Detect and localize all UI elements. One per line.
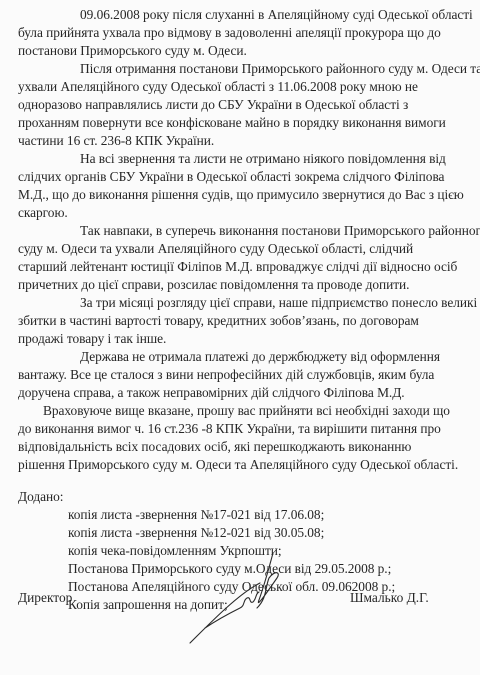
handwritten-signature-icon (185, 548, 295, 648)
document-line: причетних до цієї справи, розсилає повід… (18, 277, 409, 293)
document-line: Так навпаки, в суперечь виконання постан… (80, 223, 480, 239)
document-line: копія листа -звернення №17-021 від 17.06… (68, 507, 324, 523)
document-line: За три місяці розгляду цієї справи, наше… (80, 295, 477, 311)
document-line: Після отримання постанови Приморського р… (80, 61, 480, 77)
document-line: На всі звернення та листи не отримано ні… (80, 151, 446, 167)
document-line: до виконання вимог ч. 16 ст.236 -8 КПК У… (18, 421, 441, 437)
document-line: була прийнята ухвала про відмову в задов… (18, 25, 441, 41)
document-line: Враховуюче вище вказане, прошу вас прийн… (43, 403, 450, 419)
document-line: ухвали Апеляційного суду Одеської област… (18, 79, 418, 95)
document-line: збитки в частині вартості товару, кредит… (18, 313, 419, 329)
document-line: 09.06.2008 року після слуханні в Апеляці… (80, 7, 473, 23)
document-line: М.Д., що до виконання рішення судів, що … (18, 187, 464, 203)
document-line: Додано: (18, 489, 63, 505)
document-line: Держава не отримала платежі до держбюдже… (80, 349, 440, 365)
signatory-role: Директор (18, 590, 72, 606)
document-line: старший лейтенант юстиції Філіпов М.Д. в… (18, 259, 457, 275)
document-line: одноразово направлялись листи до СБУ Укр… (18, 97, 408, 113)
document-line: продажі товару і так інше. (18, 331, 166, 347)
document-line: частини 16 ст. 236-8 КПК України. (18, 133, 214, 149)
document-line: скаргою. (18, 205, 68, 221)
document-line: постанови Приморського суду м. Одеси. (18, 43, 247, 59)
document-line: доручена справа, а також неправомірних д… (18, 385, 405, 401)
document-line: копія листа -звернення №12-021 від 30.05… (68, 525, 324, 541)
document-line: проханням повернути все конфісковане май… (18, 115, 446, 131)
document-line: суду м. Одеси та ухвали Апеляційного суд… (18, 241, 413, 257)
scanned-document-page: 09.06.2008 року після слуханні в Апеляці… (0, 0, 480, 675)
signatory-name: Шмалько Д.Г. (350, 590, 429, 606)
document-line: вантажу. Все це сталося з вини непрофесі… (18, 367, 434, 383)
document-line: слідчих органів СБУ України в Одеської о… (18, 169, 444, 185)
document-line: відповідальність всіх посадових осіб, як… (18, 439, 411, 455)
document-line: рішення Приморського суду м. Одеси та Ап… (18, 457, 458, 473)
